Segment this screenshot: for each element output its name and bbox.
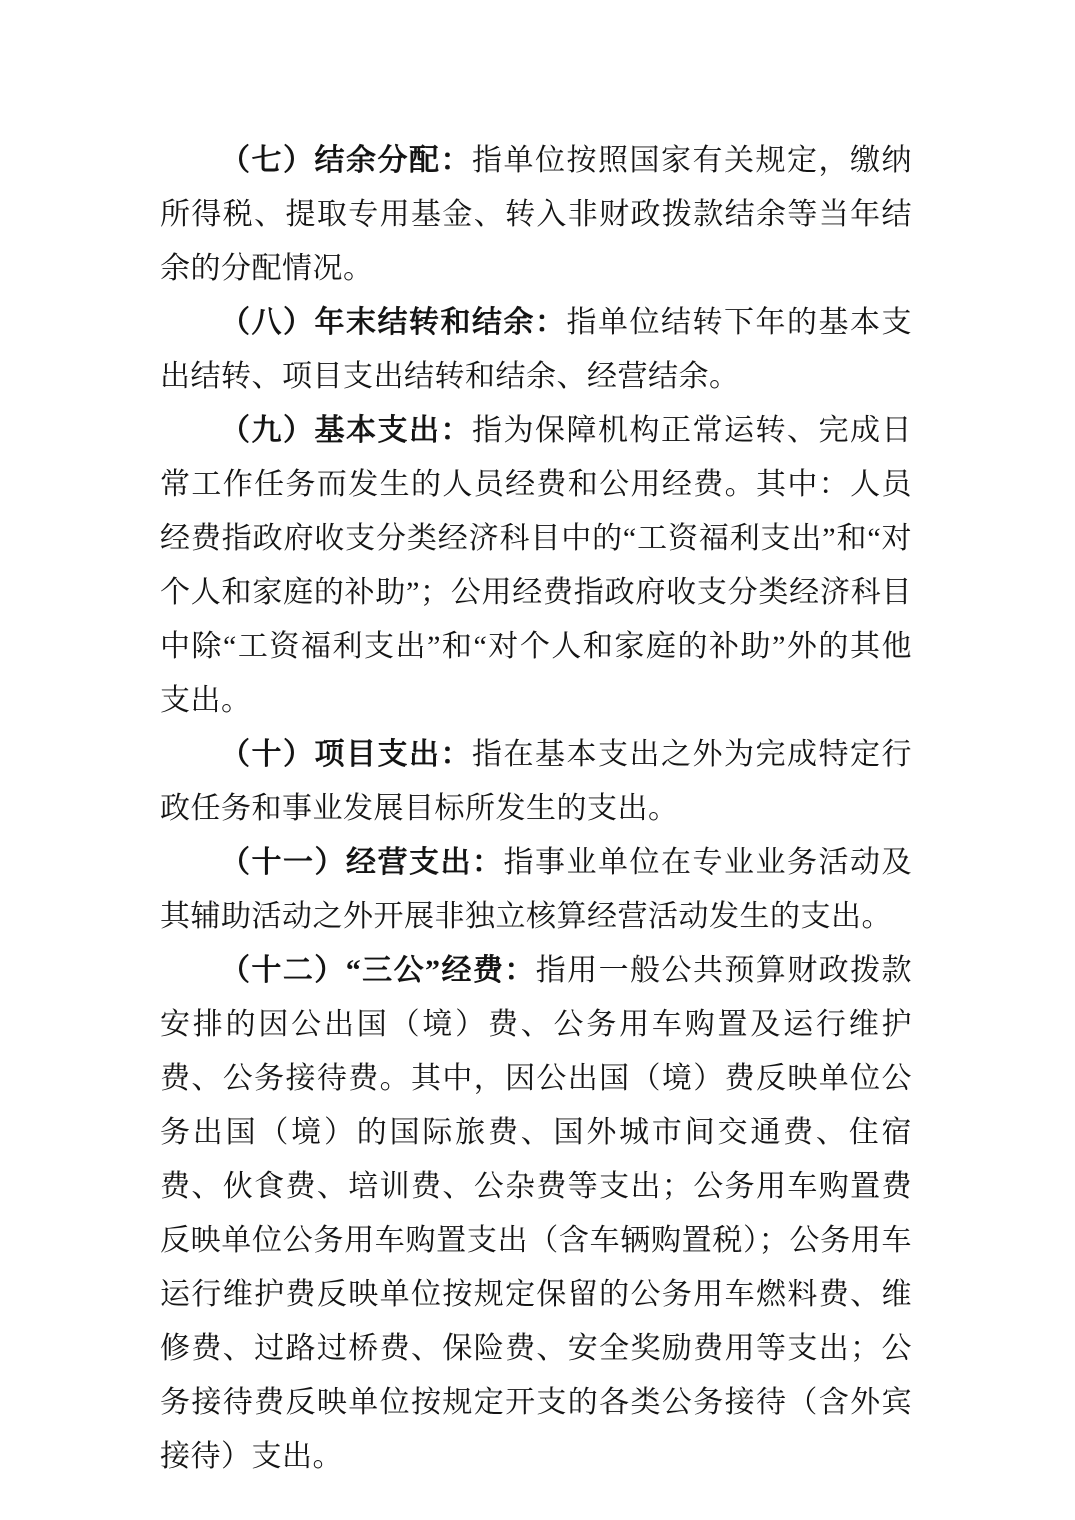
paragraph-lead: （八）年末结转和结余： [220,306,567,339]
document-paragraph: （九）基本支出：指为保障机构正常运转、完成日常工作任务而发生的人员经费和公用经费… [160,404,912,728]
document-paragraph: （七）结余分配：指单位按照国家有关规定，缴纳所得税、提取专用基金、转入非财政拨款… [160,134,912,296]
document-paragraph: （八）年末结转和结余：指单位结转下年的基本支出结转、项目支出结转和结余、经营结余… [160,296,912,404]
paragraph-lead: （七）结余分配： [220,144,472,177]
document-page: （七）结余分配：指单位按照国家有关规定，缴纳所得税、提取专用基金、转入非财政拨款… [0,0,1075,1520]
paragraph-lead: （九）基本支出： [220,414,472,447]
paragraph-lead: （十一）经营支出： [220,846,504,879]
document-body: （七）结余分配：指单位按照国家有关规定，缴纳所得税、提取专用基金、转入非财政拨款… [160,134,912,1484]
paragraph-lead: （十）项目支出： [220,738,472,771]
document-paragraph: （十二）“三公”经费：指用一般公共预算财政拨款安排的因公出国（境）费、公务用车购… [160,944,912,1484]
document-paragraph: （十）项目支出：指在基本支出之外为完成特定行政任务和事业发展目标所发生的支出。 [160,728,912,836]
paragraph-lead: （十二）“三公”经费： [220,954,536,987]
paragraph-body: 指为保障机构正常运转、完成日常工作任务而发生的人员经费和公用经费。其中：人员经费… [160,414,912,717]
document-paragraph: （十一）经营支出：指事业单位在专业业务活动及其辅助活动之外开展非独立核算经营活动… [160,836,912,944]
paragraph-body: 指用一般公共预算财政拨款安排的因公出国（境）费、公务用车购置及运行维护费、公务接… [160,954,912,1473]
